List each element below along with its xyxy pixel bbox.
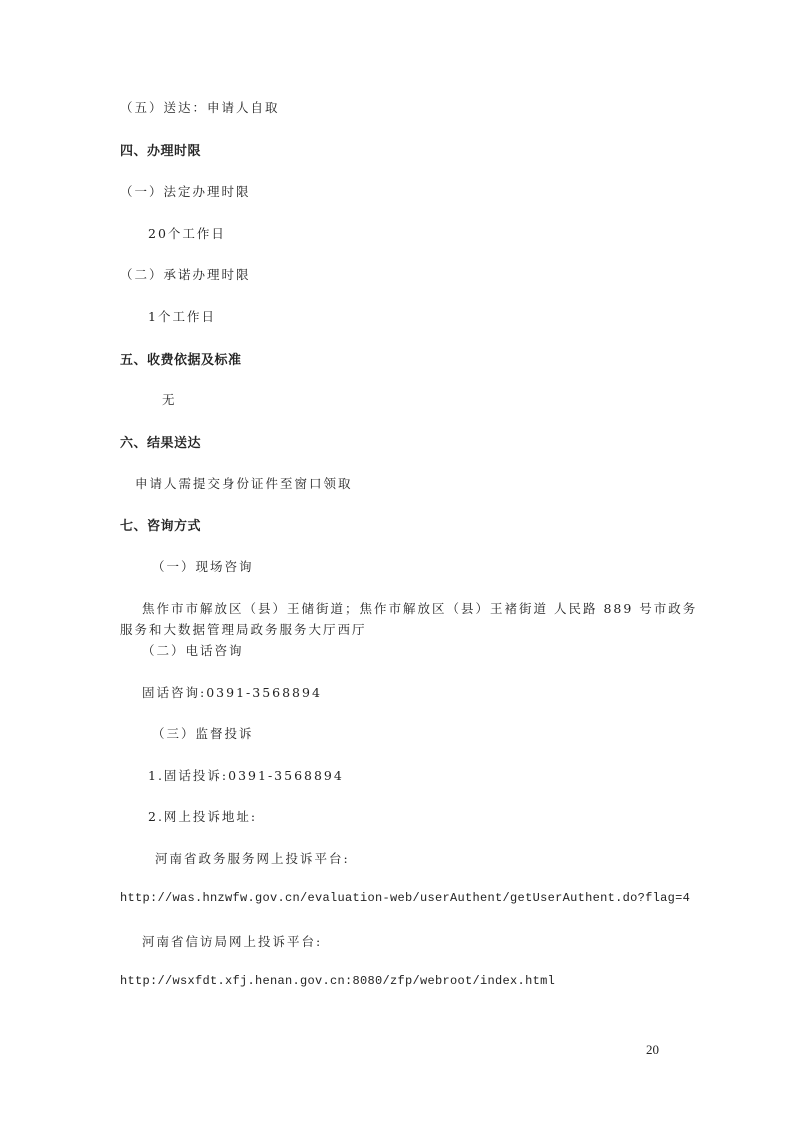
section-heading: 六、结果送达 [120, 432, 201, 451]
paragraph-line: （二）承诺办理时限 [120, 265, 251, 283]
paragraph-line: （一）现场咨询 [152, 557, 254, 575]
paragraph-line: （二）电话咨询 [142, 641, 244, 659]
section-heading: 七、咨询方式 [120, 515, 201, 534]
paragraph-line: 无 [162, 390, 177, 408]
paragraph-line: 焦作市市解放区（县）王储街道；焦作市解放区（县）王褚街道 人民路 889 号市政… [142, 599, 697, 617]
paragraph-line: 2.网上投诉地址: [148, 807, 257, 825]
paragraph-line: （一）法定办理时限 [120, 182, 251, 200]
paragraph-line: 河南省政务服务网上投诉平台: [155, 849, 350, 867]
url-text: http://wsxfdt.xfj.henan.gov.cn:8080/zfp/… [120, 974, 555, 988]
paragraph-line: 20个工作日 [148, 224, 226, 242]
section-heading: 五、收费依据及标准 [120, 349, 242, 368]
paragraph-line: （三）监督投诉 [152, 724, 254, 742]
paragraph-line: 1个工作日 [148, 307, 216, 325]
page-number: 20 [646, 1042, 659, 1058]
url-text: http://was.hnzwfw.gov.cn/evaluation-web/… [120, 891, 690, 905]
section-heading: 四、办理时限 [120, 140, 201, 159]
paragraph-line: （五）送达：申请人自取 [120, 98, 280, 116]
paragraph-line: 服务和大数据管理局政务服务大厅西厅 [120, 620, 367, 638]
paragraph-line: 申请人需提交身份证件至窗口领取 [135, 474, 353, 492]
paragraph-line: 河南省信访局网上投诉平台: [142, 932, 322, 950]
paragraph-line: 1.固话投诉:0391-3568894 [148, 766, 344, 784]
paragraph-line: 固话咨询:0391-3568894 [142, 683, 322, 701]
